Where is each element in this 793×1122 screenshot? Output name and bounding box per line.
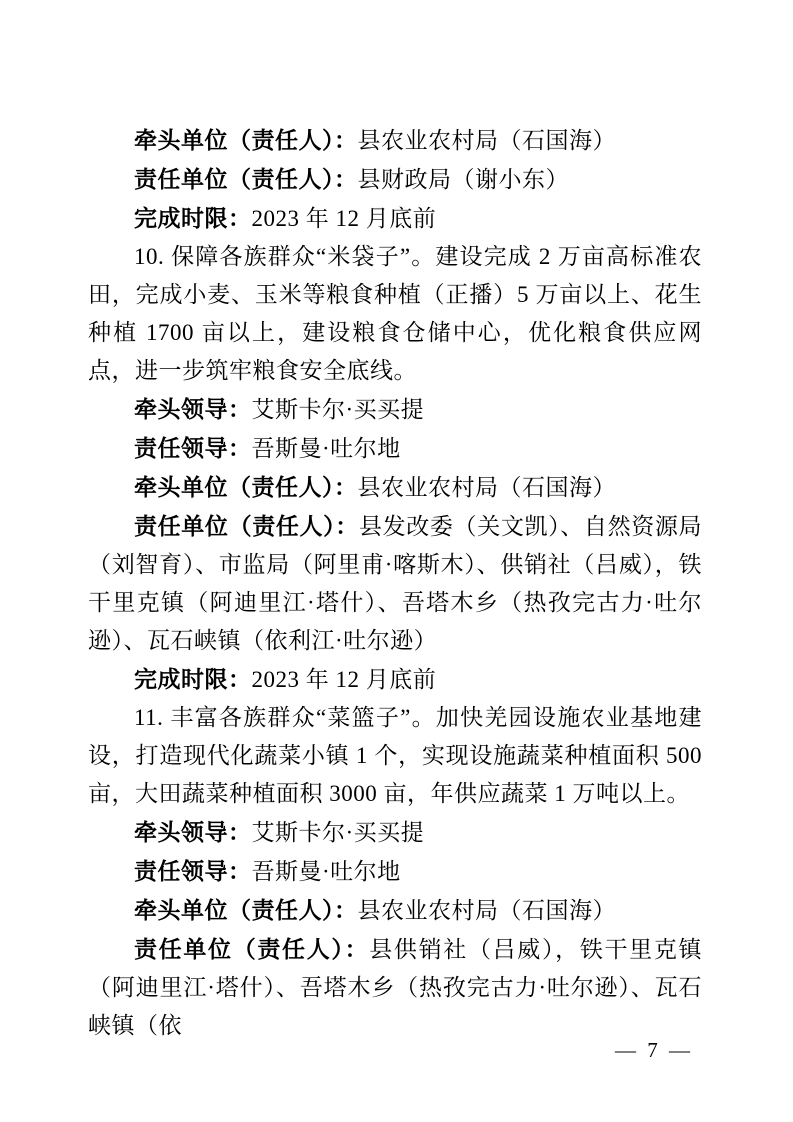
field-label: 完成时限： <box>134 666 252 692</box>
field-value: 2023 年 12 月底前 <box>252 206 437 231</box>
field-resp-unit: 责任单位（责任人）：县供销社（吕威），铁干里克镇（阿迪里江·塔什）、吾塔木乡（热… <box>88 930 702 1045</box>
page-number: — 7 — <box>615 1036 693 1064</box>
paragraph-text: 11. 丰富各族群众“菜篮子”。加快羌园设施农业基地建设，打造现代化蔬菜小镇 1… <box>88 705 702 806</box>
field-value: 艾斯卡尔·买买提 <box>252 820 425 845</box>
body-paragraph-item-10: 10. 保障各族群众“米袋子”。建设完成 2 万亩高标准农田，完成小麦、玉米等粮… <box>88 238 702 390</box>
field-label: 牵头单位（责任人）： <box>134 127 358 153</box>
field-label: 责任单位（责任人）： <box>134 513 359 539</box>
field-value: 县农业农村局（石国海） <box>358 128 617 153</box>
field-value: 县财政局（谢小东） <box>358 167 570 192</box>
field-label: 牵头领导： <box>134 396 252 422</box>
field-label: 牵头领导： <box>134 819 252 845</box>
document-body: 牵头单位（责任人）：县农业农村局（石国海） 责任单位（责任人）：县财政局（谢小东… <box>88 121 702 1045</box>
field-lead-unit: 牵头单位（责任人）：县农业农村局（石国海） <box>88 891 702 930</box>
body-paragraph-item-11: 11. 丰富各族群众“菜篮子”。加快羌园设施农业基地建设，打造现代化蔬菜小镇 1… <box>88 699 702 813</box>
field-value: 县农业农村局（石国海） <box>358 898 617 923</box>
document-page: 牵头单位（责任人）：县农业农村局（石国海） 责任单位（责任人）：县财政局（谢小东… <box>0 0 793 1122</box>
field-lead-leader: 牵头领导：艾斯卡尔·买买提 <box>88 813 702 852</box>
field-resp-unit: 责任单位（责任人）：县财政局（谢小东） <box>88 160 702 199</box>
field-deadline: 完成时限：2023 年 12 月底前 <box>88 660 702 699</box>
field-resp-unit: 责任单位（责任人）：县发改委（关文凯）、自然资源局（刘智育）、市监局（阿里甫·喀… <box>88 507 702 660</box>
field-resp-leader: 责任领导：吾斯曼·吐尔地 <box>88 429 702 468</box>
field-label: 责任领导： <box>134 435 252 461</box>
field-lead-unit: 牵头单位（责任人）：县农业农村局（石国海） <box>88 468 702 507</box>
field-value: 吾斯曼·吐尔地 <box>252 859 401 884</box>
field-value: 县农业农村局（石国海） <box>358 475 617 500</box>
field-lead-unit: 牵头单位（责任人）：县农业农村局（石国海） <box>88 121 702 160</box>
field-label: 牵头单位（责任人）： <box>134 897 358 923</box>
field-label: 责任单位（责任人）： <box>134 166 358 192</box>
field-lead-leader: 牵头领导：艾斯卡尔·买买提 <box>88 390 702 429</box>
field-value: 艾斯卡尔·买买提 <box>252 397 425 422</box>
field-resp-leader: 责任领导：吾斯曼·吐尔地 <box>88 852 702 891</box>
paragraph-text: 10. 保障各族群众“米袋子”。建设完成 2 万亩高标准农田，完成小麦、玉米等粮… <box>88 244 702 383</box>
field-label: 责任领导： <box>134 858 252 884</box>
field-label: 责任单位（责任人）： <box>134 936 369 962</box>
field-label: 完成时限： <box>134 205 252 231</box>
field-value: 2023 年 12 月底前 <box>252 667 437 692</box>
field-value: 吾斯曼·吐尔地 <box>252 436 401 461</box>
field-label: 牵头单位（责任人）： <box>134 474 358 500</box>
field-deadline: 完成时限：2023 年 12 月底前 <box>88 199 702 238</box>
